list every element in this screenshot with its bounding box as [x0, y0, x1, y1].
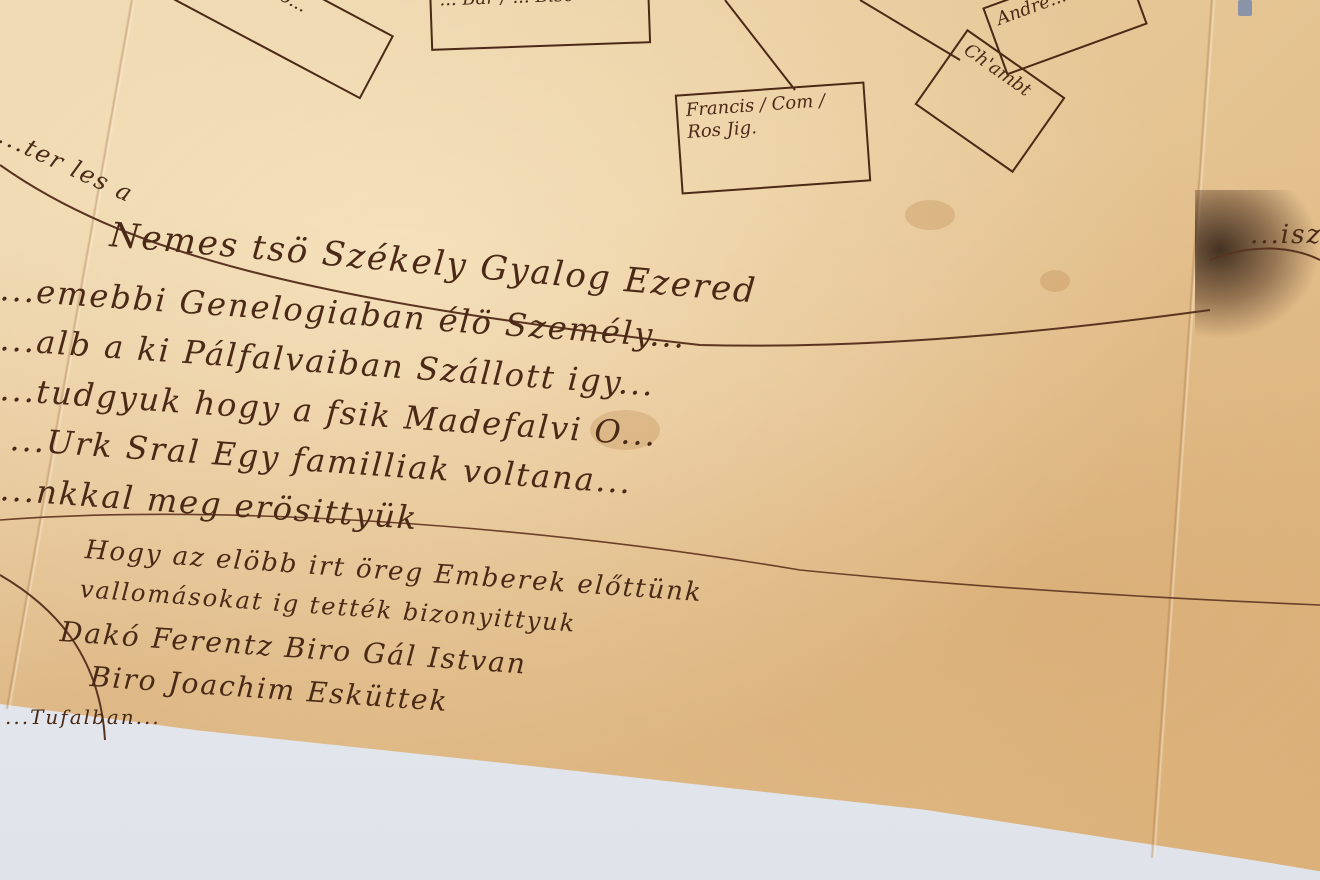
tree-box-label: ...mus Julio... [196, 0, 311, 17]
tree-box-francis: Francis / Com / Ros Jig. [675, 81, 872, 194]
margin-note: ...Tufalban... [5, 705, 161, 729]
tree-box-label: ... Bar / ... Bise [439, 0, 574, 10]
tree-box-label: Andre... [994, 0, 1069, 30]
tree-box-top-center: ... Bar / ... Bise [429, 0, 651, 51]
arc-heading-right-fragment: ...isz [1250, 220, 1320, 250]
tree-box-label: Francis / Com / Ros Jig. [685, 90, 826, 143]
